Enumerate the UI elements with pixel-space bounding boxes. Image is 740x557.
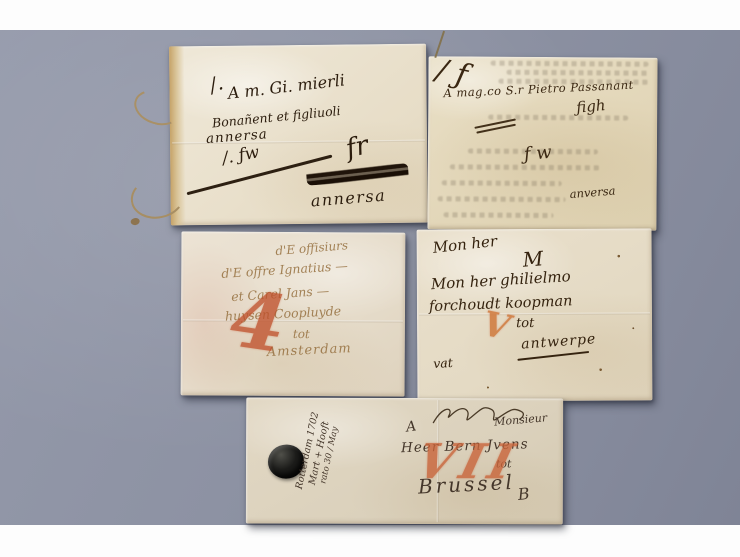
letter-middle-right: Mon her M Mon her ghilielmo forchoudt ko… — [417, 228, 653, 401]
rate-mark-vii: VII — [412, 438, 524, 486]
letter-middle-left: d'E offisiurs d'E offre Ignatius — et Ca… — [181, 231, 406, 396]
address-line: Mon her — [432, 234, 498, 256]
letter-bottom: Rotterdam 1702 Mart + Hooft rato 30 / Ma… — [246, 397, 563, 524]
showthrough-line — [438, 196, 566, 202]
pen-flourish: M — [522, 248, 544, 269]
address-line: Mon her ghilielmo — [431, 269, 572, 292]
underline-flourish — [517, 351, 589, 360]
crossed-out-word — [306, 163, 409, 185]
address-line: A — [405, 419, 417, 434]
photo: /. A m. Gi. mierli Bonañent et figliuoli… — [0, 30, 740, 525]
photo-frame: /. A m. Gi. mierli Bonañent et figliuoli… — [0, 0, 740, 557]
rate-mark-v: V — [480, 307, 513, 346]
letter-top-right: / ƒ A mag.co S.r Pietro Passanant ƒigh ƒ… — [427, 56, 657, 231]
address-line: tot — [293, 328, 310, 340]
address-line: d'E offisiurs — [275, 239, 348, 257]
showthrough-line — [506, 70, 648, 76]
rate-mark-4: 4 — [226, 280, 291, 365]
showthrough-line — [491, 61, 649, 67]
address-line: A m. Gi. mierli — [227, 72, 346, 101]
showthrough-line — [443, 212, 553, 218]
postal-mark: ƒ w — [523, 144, 552, 165]
pen-flourish: B — [517, 486, 530, 503]
address-line: annersa — [206, 128, 269, 146]
address-line: Monsieur — [494, 412, 548, 427]
address-line: tot — [516, 317, 534, 330]
postal-mark: /. ƒw — [221, 144, 261, 168]
pen-flourish: ƒigh — [576, 98, 607, 116]
address-line: Bonañent et figliuoli — [212, 105, 342, 130]
address-line: antwerpe — [521, 332, 597, 352]
letter-top-left: /. A m. Gi. mierli Bonañent et figliuoli… — [169, 44, 428, 226]
postal-mark: fr — [344, 132, 371, 162]
address-line: A mag.co S.r Pietro Passanant — [443, 80, 634, 100]
address-line: annersa — [310, 187, 387, 209]
corner-note: vat — [433, 357, 453, 371]
showthrough-line — [442, 180, 562, 186]
address-line: anversa — [569, 186, 616, 201]
pen-mark: /. — [207, 72, 226, 95]
docketing-note: Rotterdam 1702 Mart + Hooft rato 30 / Ma… — [288, 391, 411, 529]
